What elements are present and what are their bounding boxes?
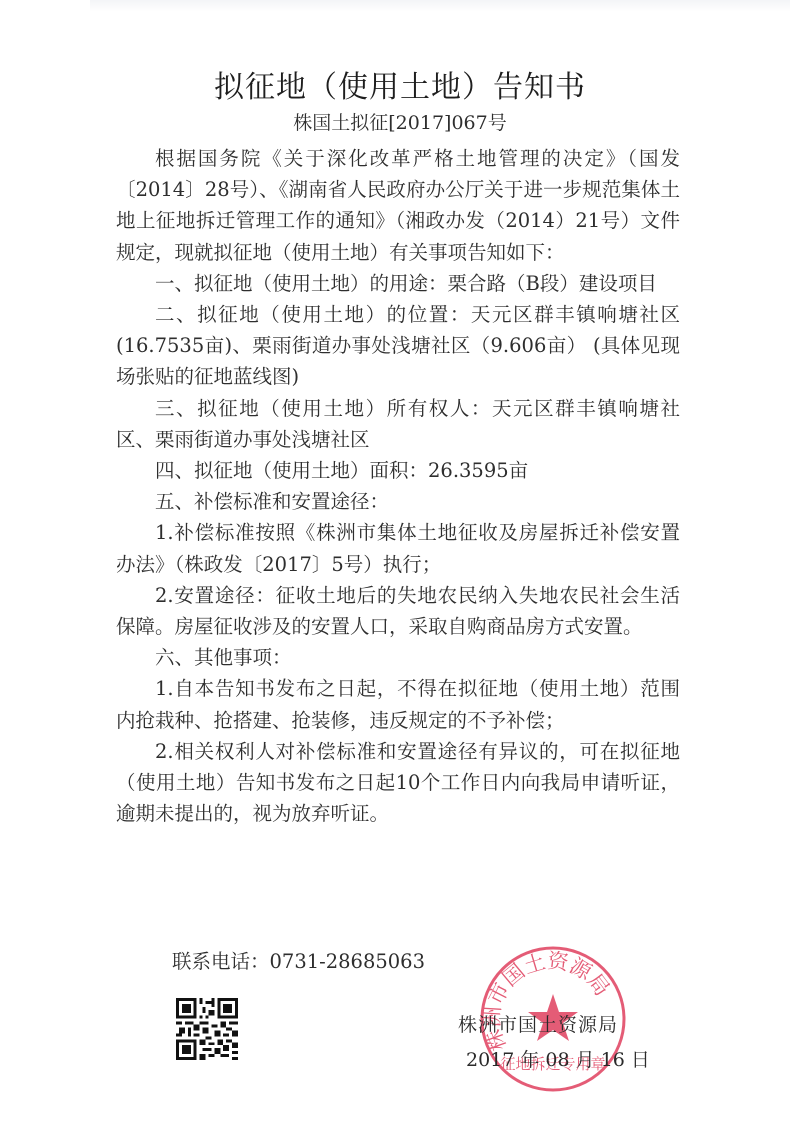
- qr-code-icon[interactable]: [175, 998, 239, 1060]
- document-title: 拟征地（使用土地）告知书: [0, 62, 800, 106]
- paragraph-item-5: 五、补偿标准和安置途径：: [116, 486, 680, 517]
- contact-line: 联系电话：0731-28685063: [172, 946, 425, 974]
- paragraph-item-5-1: 1.补偿标准按照《株洲市集体土地征收及房屋拆迁补偿安置办法》（株政发〔2017〕…: [116, 517, 680, 579]
- seal-arc-text: 株洲市国土资源局: [480, 949, 614, 1054]
- paragraph-item-4: 四、拟征地（使用土地）面积：26.3595亩: [116, 455, 680, 486]
- contact-phone: 0731-28685063: [270, 950, 425, 973]
- document-body: 根据国务院《关于深化改革严格土地管理的决定》（国发〔2014〕28号）、《湖南省…: [116, 143, 680, 829]
- paragraph-item-6: 六、其他事项：: [116, 642, 680, 673]
- issue-date: 2017 年 08 月 16 日: [466, 1045, 650, 1072]
- scan-edge: [90, 0, 790, 12]
- paragraph-intro: 根据国务院《关于深化改革严格土地管理的决定》（国发〔2014〕28号）、《湖南省…: [116, 143, 680, 268]
- paragraph-item-3: 三、拟征地（使用土地）所有权人：天元区群丰镇响塘社区、栗雨街道办事处浅塘社区: [116, 393, 680, 455]
- paragraph-item-6-2: 2.相关权利人对补偿标准和安置途径有异议的，可在拟征地（使用土地）告知书发布之日…: [116, 736, 680, 830]
- paragraph-item-2: 二、拟征地（使用土地）的位置：天元区群丰镇响塘社区(16.7535亩)、栗雨街道…: [116, 299, 680, 393]
- notice-document: 拟征地（使用土地）告知书 株国土拟征[2017]067号 根据国务院《关于深化改…: [0, 0, 800, 1127]
- document-number: 株国土拟征[2017]067号: [0, 108, 800, 135]
- paragraph-item-1: 一、拟征地（使用土地）的用途：栗合路（B段）建设项目: [116, 268, 680, 299]
- paragraph-item-5-2: 2.安置途径：征收土地后的失地农民纳入失地农民社会生活保障。房屋征收涉及的安置人…: [116, 580, 680, 642]
- contact-label: 联系电话：: [172, 950, 270, 973]
- paragraph-item-6-1: 1.自本告知书发布之日起，不得在拟征地（使用土地）范围内抢栽种、抢搭建、抢装修，…: [116, 673, 680, 735]
- issuer-name: 株洲市国土资源局: [458, 1010, 618, 1037]
